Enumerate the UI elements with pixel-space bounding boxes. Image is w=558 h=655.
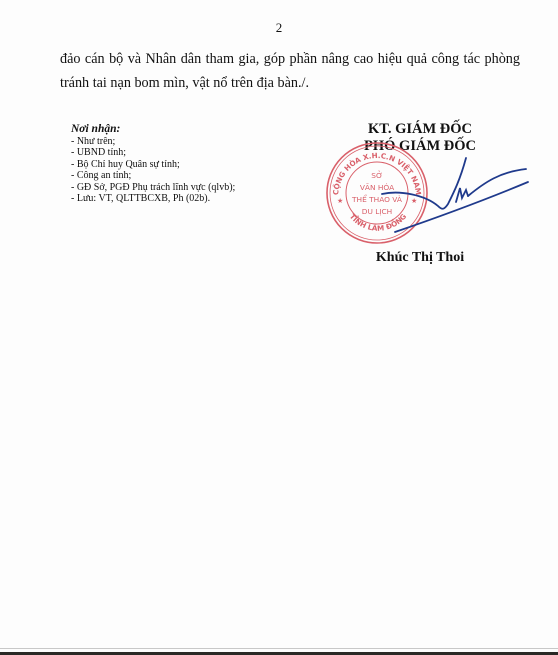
body-paragraph: đảo cán bộ và Nhân dân tham gia, góp phầ… bbox=[60, 47, 520, 95]
recipient-item: - Như trên; bbox=[71, 136, 235, 147]
recipient-item: - Bộ Chỉ huy Quân sự tỉnh; bbox=[71, 159, 235, 170]
recipient-item: - UBND tỉnh; bbox=[71, 147, 235, 158]
recipients-title: Nơi nhận: bbox=[71, 123, 235, 136]
recipient-item: - Lưu: VT, QLTTBCXB, Ph (02b). bbox=[71, 193, 235, 204]
recipient-item: - GĐ Sở, PGĐ Phụ trách lĩnh vực (qlvb); bbox=[71, 182, 235, 193]
signer-name: Khúc Thị Thoi bbox=[320, 250, 520, 266]
signature-title-line1: KT. GIÁM ĐỐC bbox=[320, 121, 520, 138]
recipients-list: Nơi nhận: - Như trên; - UBND tỉnh; - Bộ … bbox=[71, 123, 235, 204]
body-line-2: tránh tai nạn bom mìn, vật nổ trên địa b… bbox=[60, 71, 520, 95]
recipient-item: - Công an tỉnh; bbox=[71, 170, 235, 181]
body-line-1: đảo cán bộ và Nhân dân tham gia, góp phầ… bbox=[60, 47, 520, 71]
signature-icon bbox=[380, 150, 540, 245]
page-number: 2 bbox=[0, 20, 558, 36]
page-bottom-divider bbox=[0, 648, 558, 649]
svg-text:★: ★ bbox=[337, 197, 343, 205]
